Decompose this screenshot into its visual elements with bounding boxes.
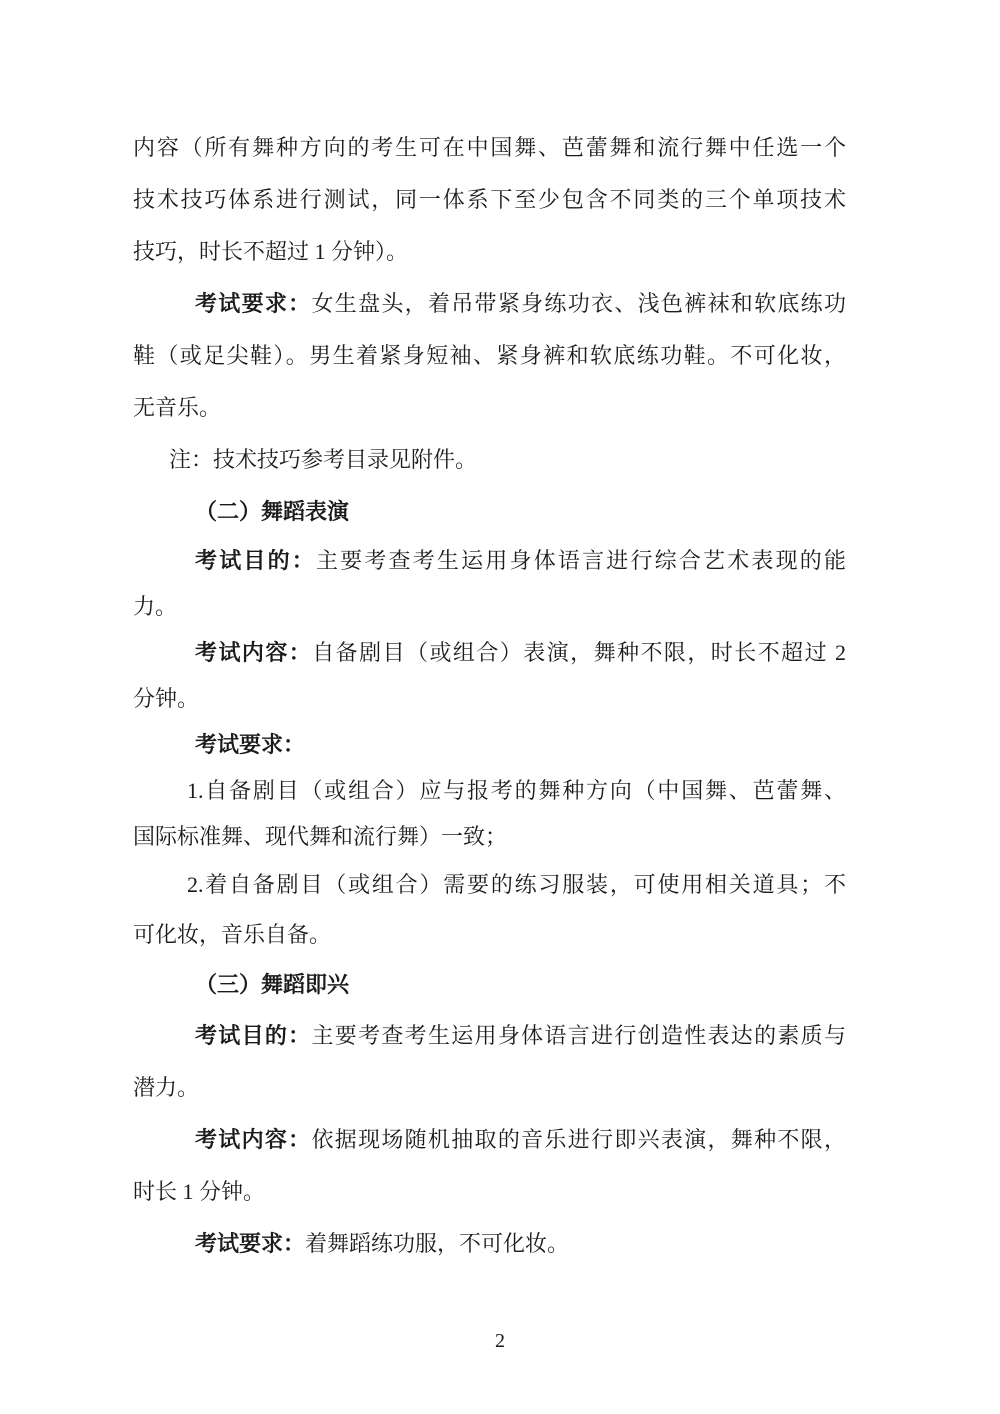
run-bold-label: 考试内容： [195,640,312,665]
paragraph-exam-content: 考试内容：自备剧目（或组合）表演，舞种不限，时长不超过 2 分钟。 [133,630,846,722]
paragraph-exam-requirements: 考试要求：着舞蹈练功服，不可化妆。 [133,1218,846,1270]
run-text: 可化妆，音乐自备。 [133,922,331,947]
run-bold-label: （二）舞蹈表演 [195,499,349,524]
section-heading: （二）舞蹈表演 [133,486,846,538]
text-line: 内容（所有舞种方向的考生可在中国舞、芭蕾舞和流行舞中任选一个 [133,122,846,174]
run-text: 时长 1 分钟。 [133,1179,265,1204]
text-line: 1.自备剧目（或组合）应与报考的舞种方向（中国舞、芭蕾舞、 [133,768,846,814]
paragraph-exam-content: 考试内容：依据现场随机抽取的音乐进行即兴表演，舞种不限， 时长 1 分钟。 [133,1114,846,1218]
paragraph-exam-purpose: 考试目的：主要考查考生运用身体语言进行综合艺术表现的能 力。 [133,538,846,630]
run-bold-label: 考试要求： [195,732,305,757]
paragraph-exam-requirements-label: 考试要求： [133,722,846,768]
document-page: 内容（所有舞种方向的考生可在中国舞、芭蕾舞和流行舞中任选一个 技术技巧体系进行测… [0,0,1000,1414]
run-text: 鞋（或足尖鞋）。男生着紧身短袖、紧身裤和软底练功鞋。不可化妆， [133,343,846,368]
document-body: 内容（所有舞种方向的考生可在中国舞、芭蕾舞和流行舞中任选一个 技术技巧体系进行测… [133,122,846,1270]
run-text: 国际标准舞、现代舞和流行舞）一致； [133,824,507,849]
run-text: 内容（所有舞种方向的考生可在中国舞、芭蕾舞和流行舞中任选一个 [133,135,846,160]
text-line: 2.着自备剧目（或组合）需要的练习服装，可使用相关道具；不 [133,860,846,910]
text-line: 无音乐。 [133,382,846,434]
paragraph-exam-purpose: 考试目的：主要考查考生运用身体语言进行创造性表达的素质与 潜力。 [133,1010,846,1114]
text-line: 潜力。 [133,1062,846,1114]
heading-section-2-dance-performance: （二）舞蹈表演 [133,486,846,538]
run-text: 技巧，时长不超过 1 分钟）。 [133,239,408,264]
text-line: 考试内容：依据现场随机抽取的音乐进行即兴表演，舞种不限， [133,1114,846,1166]
text-line: 分钟。 [133,676,846,722]
page-number: 2 [495,1330,505,1352]
paragraph-exam-requirements: 考试要求：女生盘头，着吊带紧身练功衣、浅色裤袜和软底练功 鞋（或足尖鞋）。男生着… [133,278,846,434]
run-text: 力。 [133,594,177,619]
run-text: 2.着自备剧目（或组合）需要的练习服装，可使用相关道具；不 [187,872,846,897]
run-text: 依据现场随机抽取的音乐进行即兴表演，舞种不限， [311,1127,846,1152]
paragraph-note: 注：技术技巧参考目录见附件。 [133,434,846,486]
run-text: 注：技术技巧参考目录见附件。 [169,447,477,472]
page-footer: 2 [0,1326,1000,1356]
text-line: 国际标准舞、现代舞和流行舞）一致； [133,814,846,860]
text-line: 时长 1 分钟。 [133,1166,846,1218]
text-line: 技术技巧体系进行测试，同一体系下至少包含不同类的三个单项技术 [133,174,846,226]
run-text: 主要考查考生运用身体语言进行综合艺术表现的能 [316,548,846,573]
run-bold-label: 考试内容： [195,1127,311,1152]
text-line: 注：技术技巧参考目录见附件。 [133,434,846,486]
run-bold-label: 考试要求： [195,1231,305,1256]
heading-section-3-dance-improvisation: （三）舞蹈即兴 [133,960,846,1010]
list-item-2: 2.着自备剧目（或组合）需要的练习服装，可使用相关道具；不 可化妆，音乐自备。 [133,860,846,960]
run-bold-label: 考试目的： [195,1023,311,1048]
text-line: 鞋（或足尖鞋）。男生着紧身短袖、紧身裤和软底练功鞋。不可化妆， [133,330,846,382]
text-line: 考试要求：着舞蹈练功服，不可化妆。 [133,1218,846,1270]
text-line: 考试目的：主要考查考生运用身体语言进行综合艺术表现的能 [133,538,846,584]
paragraph-exam-content-continued: 内容（所有舞种方向的考生可在中国舞、芭蕾舞和流行舞中任选一个 技术技巧体系进行测… [133,122,846,278]
list-item-1: 1.自备剧目（或组合）应与报考的舞种方向（中国舞、芭蕾舞、 国际标准舞、现代舞和… [133,768,846,860]
run-bold-label: 考试目的： [195,548,316,573]
section-heading: （三）舞蹈即兴 [133,960,846,1010]
text-line: 考试内容：自备剧目（或组合）表演，舞种不限，时长不超过 2 [133,630,846,676]
run-text: 1.自备剧目（或组合）应与报考的舞种方向（中国舞、芭蕾舞、 [187,778,846,803]
text-line: 考试要求：女生盘头，着吊带紧身练功衣、浅色裤袜和软底练功 [133,278,846,330]
text-line: 可化妆，音乐自备。 [133,910,846,960]
run-text: 自备剧目（或组合）表演，舞种不限，时长不超过 2 [312,640,846,665]
run-text: 技术技巧体系进行测试，同一体系下至少包含不同类的三个单项技术 [133,187,846,212]
run-text: 无音乐。 [133,395,221,420]
run-text: 着舞蹈练功服，不可化妆。 [305,1231,569,1256]
text-line: 技巧，时长不超过 1 分钟）。 [133,226,846,278]
run-text: 主要考查考生运用身体语言进行创造性表达的素质与 [311,1023,846,1048]
run-bold-label: （三）舞蹈即兴 [195,972,349,997]
run-bold-label: 考试要求： [195,291,311,316]
text-line: 考试要求： [133,722,846,768]
run-text: 分钟。 [133,686,199,711]
text-line: 考试目的：主要考查考生运用身体语言进行创造性表达的素质与 [133,1010,846,1062]
text-line: 力。 [133,584,846,630]
run-text: 潜力。 [133,1075,199,1100]
run-text: 女生盘头，着吊带紧身练功衣、浅色裤袜和软底练功 [311,291,846,316]
